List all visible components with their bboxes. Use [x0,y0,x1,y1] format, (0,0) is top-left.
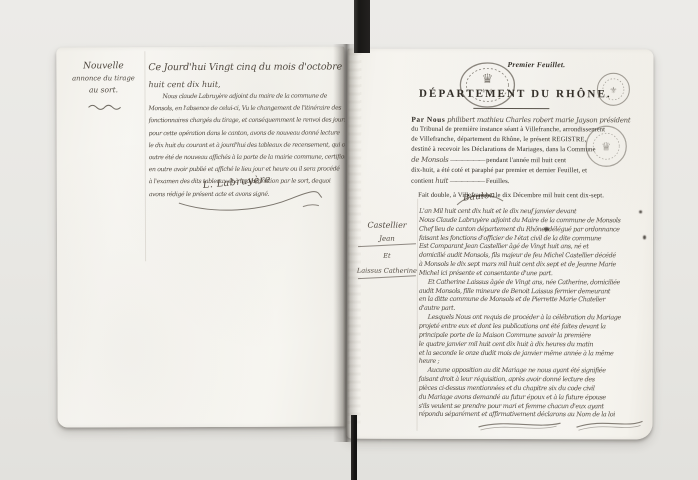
act-opening-line: Ce Jourd'hui Vingt cinq du mois d'octobr… [148,56,344,78]
form-intro: Par Nous [411,115,445,124]
register-scan: Nouvelle annonce du tirage au sort. Ce J… [0,0,698,480]
margin-note-line: au sort. [60,84,146,95]
department-title: DÉPARTEMENT DU RHÔNE. [415,88,615,101]
margin-note-line: annonce du tirage [60,73,146,84]
act-line: faisant droit à leur réquisition, après … [419,375,652,384]
act-line: le quatre janvier mil huit cent dix huit… [419,339,652,348]
margin-note-line: Nouvelle [60,59,146,73]
act-line: Et Catherine Laissus âgée de Vingt ans, … [419,278,652,287]
form-line: de Monsols —————— pendant l'année mil hu… [411,155,653,167]
act-line: Monsols, en l'absence de celui-ci, Vu le… [149,103,345,116]
right-page: Premier Feuillet. ♛ ⚜ ⚜ DÉPARTEMENT DU R… [346,49,653,440]
margin-squiggle [87,103,123,111]
crown-seal-icon: ♛ ⚜ ⚜ [457,60,517,110]
act-line: pour cette opération dans le canton, avo… [149,127,345,140]
margin-note-line: Castellier [355,217,419,234]
form-text: Feuilles. [486,178,510,185]
act-line: le dix huit du courant et à jourd'hui de… [149,139,345,152]
crown-icon: ♛ [482,72,494,87]
act-line: et la seconde le onze dudit mois de janv… [419,348,652,357]
closing-flourishes [475,415,649,435]
margin-note-underline [358,243,416,247]
form-line: Par Nous philibert mathieu Charles rober… [411,114,653,126]
act-line: outre été de nouveau affichés à la porte… [149,151,345,164]
form-line: de Villefranche, département du Rhône, l… [411,135,653,146]
printed-form: Par Nous philibert mathieu Charles rober… [411,114,653,202]
ink-blot [544,227,549,231]
form-line: contient huit —————— Feuilles. [411,176,653,187]
margin-note-line: Laissus Catherine [355,266,419,276]
form-line: dix-huit, a été coté et paraphé par prem… [411,166,653,177]
ink-blot [643,235,646,239]
act-line: L'an Mil huit cent dix huit et le dix ne… [419,207,652,216]
dash-fill: —————— [450,178,484,185]
act-opening-line: huit cent dix huit, [148,77,344,91]
form-closing-line: Fait double, à Villefranche, le dix Déce… [411,191,653,202]
form-handwritten-commune: de Monsols [411,156,448,164]
book-strap-bottom [351,415,357,480]
marriage-act-text: L'an Mil huit cent dix huit et le dix ne… [419,207,653,420]
act-line: fonctionnaires chargés du tirage, et con… [149,115,345,128]
act-line: en outre avoir publié et affiché le lieu… [149,164,345,177]
right-margin-note: Castellier Jean Et Laissus Catherine [355,217,419,278]
act-line: du Mariage avons demandé au futur époux … [419,393,652,402]
form-handwritten-count: huit [435,177,448,185]
form-text: pendant l'année mil huit cent [486,157,566,164]
archive-stamp-icon: ⚜ [595,71,631,107]
act-line: Chef lieu de canton département du Rhône… [419,224,652,233]
crest-icon: ⚜ [609,86,617,96]
ink-blot [639,210,642,213]
left-page: Nouvelle annonce du tirage au sort. Ce J… [56,46,345,427]
form-handwritten-names: philibert mathieu Charles robert marie J… [447,116,630,124]
act-line: pièces ci-dessus mentionnées et du chapi… [419,384,652,393]
act-line: Nous Claude Labruyère adjoint du Maire d… [419,216,652,225]
act-line: projeté entre eux et dont les publicatio… [419,322,652,331]
act-line: principale porte de la Maison Commune sa… [419,331,652,340]
signature-flourish [175,189,325,218]
left-margin-note: Nouvelle annonce du tirage au sort. [60,59,146,95]
act-line: Michel ici présente et consentante d'une… [419,269,652,278]
margin-note-line: Et [355,251,419,261]
margin-note-underline [358,275,416,279]
book-strap-top [354,0,370,53]
act-line: Nous claude Labruyère adjoint du maire d… [148,90,344,103]
title-rule [473,108,549,109]
form-line: destiné à recevoir les Déclarations de M… [411,145,653,156]
margin-note-line: Jean [355,234,419,244]
dash-fill: —————— [450,157,484,164]
form-line: du Tribunal de première instance séant à… [411,125,653,136]
form-text: contient [411,178,433,185]
